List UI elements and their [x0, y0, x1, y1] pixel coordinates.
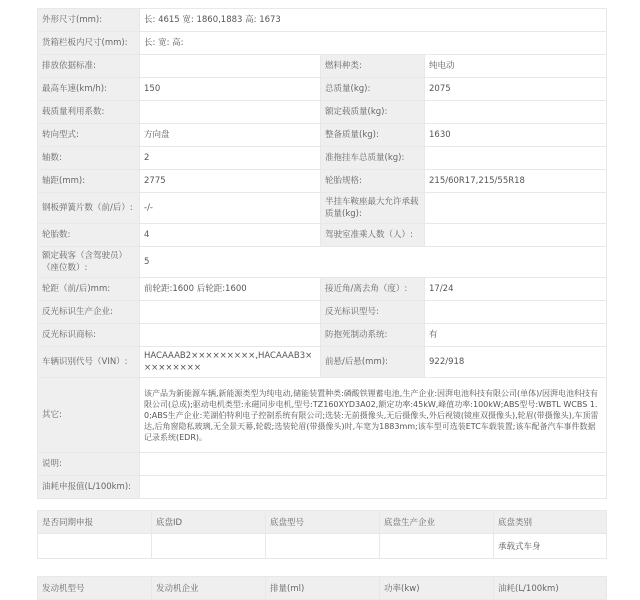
other-label: 其它:	[38, 378, 140, 453]
table-row: 说明:	[38, 453, 607, 476]
axle-count-label: 轴数:	[38, 147, 140, 170]
table-row: 排放依据标准: 燃料种类: 纯电动	[38, 55, 607, 78]
tire-spec-value: 215/60R17,215/55R18	[425, 170, 607, 193]
reflector-brand-label: 反光标识商标:	[38, 324, 140, 347]
curb-mass-label: 整备质量(kg):	[321, 124, 425, 147]
overhang-value: 922/918	[425, 347, 607, 378]
fuel-consumption-value	[140, 476, 607, 499]
seats-label: 额定载客（含驾驶员）（座位数）:	[38, 247, 140, 278]
column-header: 油耗(L/100km)	[494, 577, 607, 600]
reflector-model-value	[425, 301, 607, 324]
table-header-row: 发动机型号 发动机企业 排量(ml) 功率(kw) 油耗(L/100km)	[38, 577, 607, 600]
column-header: 是否同期申报	[38, 511, 152, 534]
vin-value: HACAAAB2×××××××××,HACAAAB3×××××××××	[140, 347, 321, 378]
table-row: 承载式车身	[38, 534, 607, 559]
load-factor-label: 载质量利用系数:	[38, 101, 140, 124]
table-row: 钢板弹簧片数（前/后）: -/- 半挂车鞍座最大允许承载质量(kg):	[38, 193, 607, 224]
trailer-mass-value	[425, 147, 607, 170]
table-row: 车辆识别代号（VIN）: HACAAAB2×××××××××,HACAAAB3×…	[38, 347, 607, 378]
cargo-box-value: 长: 宽: 高:	[140, 32, 607, 55]
column-header: 底盘ID	[152, 511, 266, 534]
column-header: 底盘型号	[266, 511, 380, 534]
table-row: 反光标识商标: 防抱死制动系统: 有	[38, 324, 607, 347]
saddle-load-value	[425, 193, 607, 224]
total-mass-label: 总质量(kg):	[321, 78, 425, 101]
tire-count-value: 4	[140, 224, 321, 247]
table-row: 载质量利用系数: 额定载质量(kg):	[38, 101, 607, 124]
column-header: 发动机型号	[38, 577, 152, 600]
rated-load-value	[425, 101, 607, 124]
axle-count-value: 2	[140, 147, 321, 170]
table-row: 最高车速(km/h): 150 总质量(kg): 2075	[38, 78, 607, 101]
table-cell: 承载式车身	[494, 534, 607, 559]
approach-angle-value: 17/24	[425, 278, 607, 301]
cab-capacity-label: 驾驶室准乘人数（人）:	[321, 224, 425, 247]
reflector-brand-value	[140, 324, 321, 347]
trailer-mass-label: 准拖挂车总质量(kg):	[321, 147, 425, 170]
track-value: 前轮距:1600 后轮距:1600	[140, 278, 321, 301]
reflector-maker-label: 反光标识生产企业:	[38, 301, 140, 324]
table-header-row: 是否同期申报 底盘ID 底盘型号 底盘生产企业 底盘类别	[38, 511, 607, 534]
steering-value: 方向盘	[140, 124, 321, 147]
table-row: 轮胎数: 4 驾驶室准乘人数（人）:	[38, 224, 607, 247]
saddle-load-label: 半挂车鞍座最大允许承载质量(kg):	[321, 193, 425, 224]
table-cell	[380, 534, 494, 559]
table-row: 额定载客（含驾驶员）（座位数）: 5	[38, 247, 607, 278]
tire-count-label: 轮胎数:	[38, 224, 140, 247]
track-label: 轮距（前/后)mm:	[38, 278, 140, 301]
reflector-maker-value	[140, 301, 321, 324]
note-value	[140, 453, 607, 476]
fuel-type-value: 纯电动	[425, 55, 607, 78]
table-row: 转向型式: 方向盘 整备质量(kg): 1630	[38, 124, 607, 147]
table-row: 其它: 该产品为新能源车辆,新能源类型为纯电动,储能装置种类:磷酸铁锂蓄电池,生…	[38, 378, 607, 453]
dimensions-label: 外形尺寸(mm):	[38, 9, 140, 32]
column-header: 功率(kw)	[380, 577, 494, 600]
table-cell	[38, 534, 152, 559]
total-mass-value: 2075	[425, 78, 607, 101]
vin-label: 车辆识别代号（VIN）:	[38, 347, 140, 378]
engine-table: 发动机型号 发动机企业 排量(ml) 功率(kw) 油耗(L/100km)	[37, 576, 607, 600]
curb-mass-value: 1630	[425, 124, 607, 147]
abs-label: 防抱死制动系统:	[321, 324, 425, 347]
leaf-spring-label: 钢板弹簧片数（前/后）:	[38, 193, 140, 224]
table-row: 油耗申报值(L/100km):	[38, 476, 607, 499]
table-cell	[152, 534, 266, 559]
table-row: 货箱栏板内尺寸(mm): 长: 宽: 高:	[38, 32, 607, 55]
fuel-type-label: 燃料种类:	[321, 55, 425, 78]
vehicle-spec-table: 外形尺寸(mm): 长: 4615 宽: 1860,1883 高: 1673 货…	[37, 8, 607, 499]
emission-standard-label: 排放依据标准:	[38, 55, 140, 78]
table-row: 轮距（前/后)mm: 前轮距:1600 后轮距:1600 接近角/离去角（度）:…	[38, 278, 607, 301]
steering-label: 转向型式:	[38, 124, 140, 147]
reflector-model-label: 反光标识型号:	[321, 301, 425, 324]
table-row: 外形尺寸(mm): 长: 4615 宽: 1860,1883 高: 1673	[38, 9, 607, 32]
table-row: 反光标识生产企业: 反光标识型号:	[38, 301, 607, 324]
fuel-consumption-label: 油耗申报值(L/100km):	[38, 476, 140, 499]
table-row: 轴距(mm): 2775 轮胎规格: 215/60R17,215/55R18	[38, 170, 607, 193]
seats-value: 5	[140, 247, 607, 278]
column-header: 底盘类别	[494, 511, 607, 534]
note-label: 说明:	[38, 453, 140, 476]
leaf-spring-value: -/-	[140, 193, 321, 224]
chassis-table: 是否同期申报 底盘ID 底盘型号 底盘生产企业 底盘类别 承载式车身	[37, 510, 607, 559]
dimensions-value: 长: 4615 宽: 1860,1883 高: 1673	[140, 9, 607, 32]
table-cell	[266, 534, 380, 559]
cab-capacity-value	[425, 224, 607, 247]
rated-load-label: 额定载质量(kg):	[321, 101, 425, 124]
wheelbase-label: 轴距(mm):	[38, 170, 140, 193]
emission-standard-value	[140, 55, 321, 78]
other-description: 该产品为新能源车辆,新能源类型为纯电动,储能装置种类:磷酸铁锂蓄电池,生产企业:…	[140, 378, 607, 453]
column-header: 底盘生产企业	[380, 511, 494, 534]
column-header: 排量(ml)	[266, 577, 380, 600]
column-header: 发动机企业	[152, 577, 266, 600]
max-speed-value: 150	[140, 78, 321, 101]
tire-spec-label: 轮胎规格:	[321, 170, 425, 193]
cargo-box-label: 货箱栏板内尺寸(mm):	[38, 32, 140, 55]
wheelbase-value: 2775	[140, 170, 321, 193]
abs-value: 有	[425, 324, 607, 347]
approach-angle-label: 接近角/离去角（度）:	[321, 278, 425, 301]
overhang-label: 前悬/后悬(mm):	[321, 347, 425, 378]
load-factor-value	[140, 101, 321, 124]
table-row: 轴数: 2 准拖挂车总质量(kg):	[38, 147, 607, 170]
max-speed-label: 最高车速(km/h):	[38, 78, 140, 101]
